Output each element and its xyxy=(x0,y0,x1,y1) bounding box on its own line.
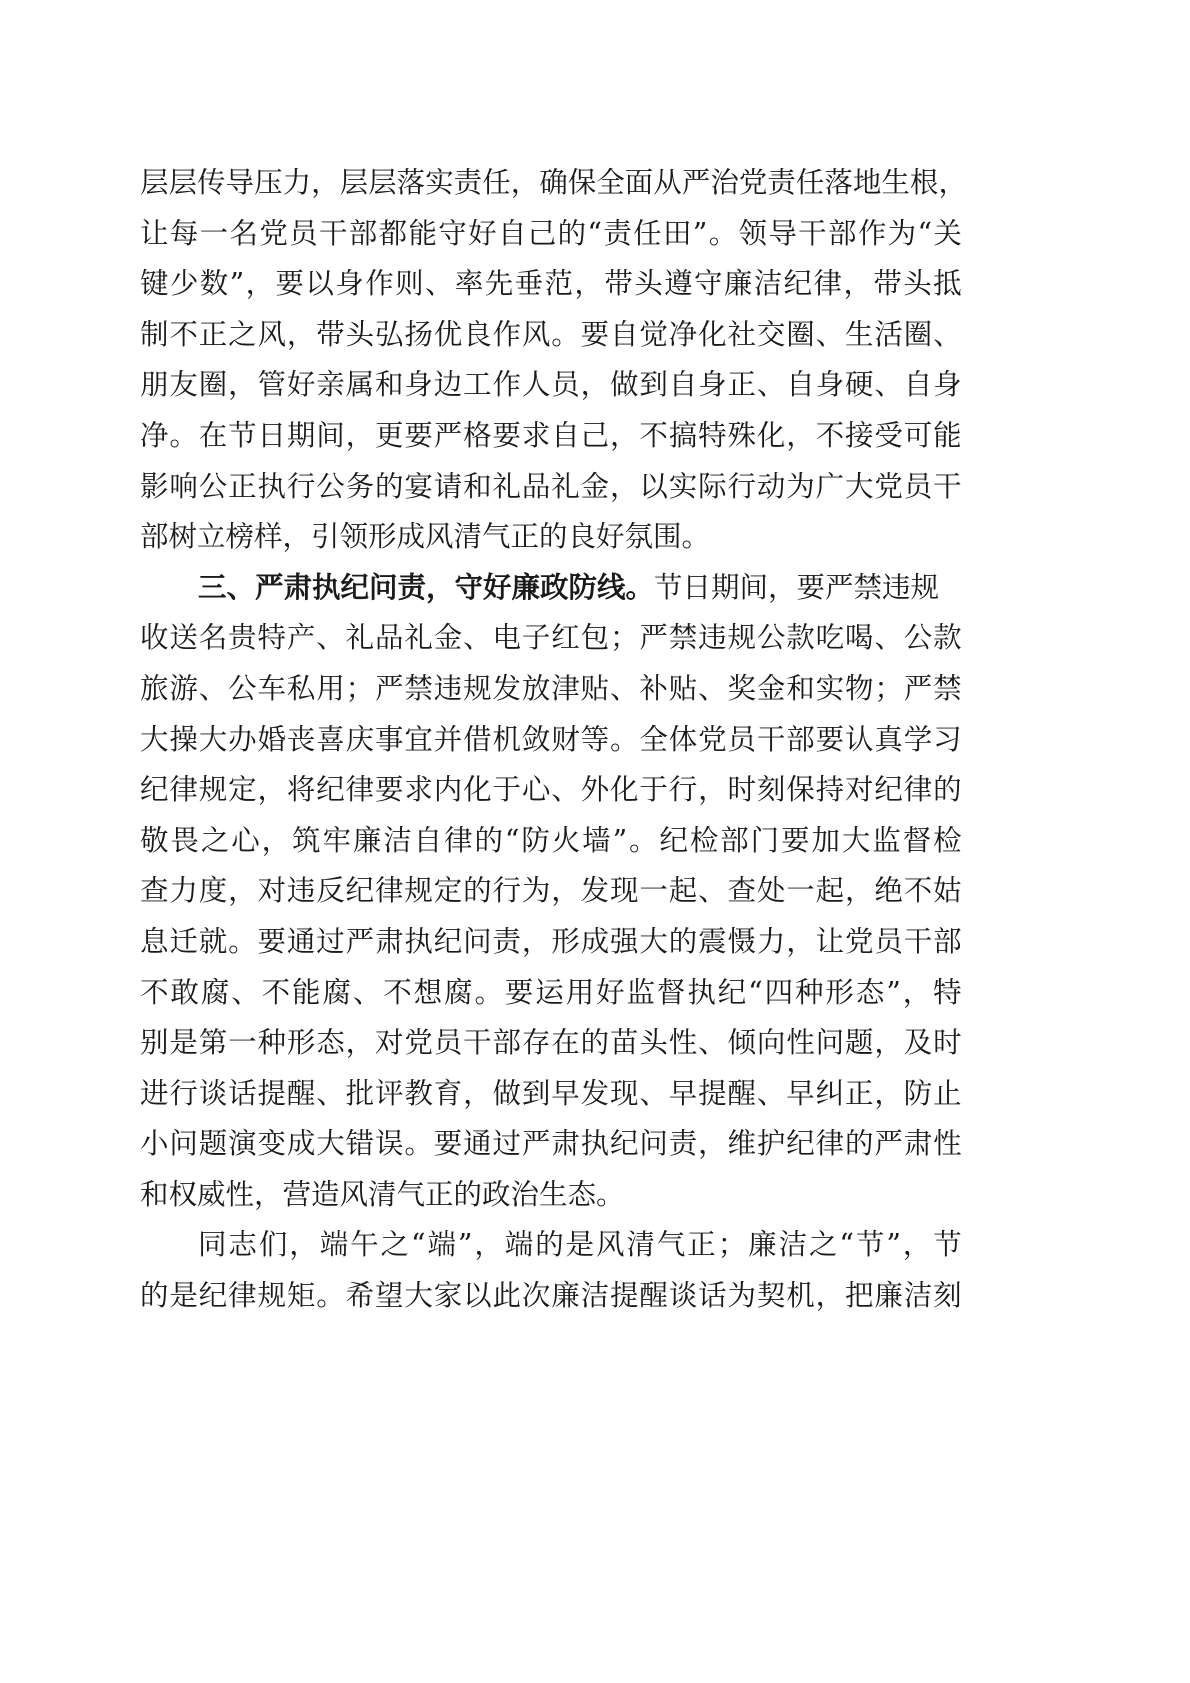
section-heading-rest: 节日期间，要严禁违规 xyxy=(654,563,939,614)
section-heading-line: 三、严肃执纪问责，守好廉政防线。 节日期间，要严禁违规 xyxy=(140,563,962,614)
text-line: 不敢腐、不能腐、不想腐。要运用好监督执纪“四种形态”，特 xyxy=(140,968,962,1019)
text-line: 制不正之风，带头弘扬优良作风。要自觉净化社交圈、生活圈、 xyxy=(140,310,962,361)
text-line: 部树立榜样，引领形成风清气正的良好氛围。 xyxy=(140,512,962,563)
text-line: 小问题演变成大错误。要通过严肃执纪问责，维护纪律的严肃性 xyxy=(140,1119,962,1170)
text-line: 影响公正执行公务的宴请和礼品礼金，以实际行动为广大党员干 xyxy=(140,462,962,513)
document-page: 层层传导压力，层层落实责任，确保全面从严治党责任落地生根， 让每一名党员干部都能… xyxy=(0,0,1190,1683)
text-line: 敬畏之心，筑牢廉洁自律的“防火墙”。纪检部门要加大监督检 xyxy=(140,816,962,867)
text-line: 旅游、公车私用；严禁违规发放津贴、补贴、奖金和实物；严禁 xyxy=(140,664,962,715)
text-line: 的是纪律规矩。希望大家以此次廉洁提醒谈话为契机，把廉洁刻 xyxy=(140,1271,962,1322)
text-line: 层层传导压力，层层落实责任，确保全面从严治党责任落地生根， xyxy=(140,158,962,209)
text-line: 收送名贵特产、礼品礼金、电子红包；严禁违规公款吃喝、公款 xyxy=(140,613,962,664)
section-heading: 三、严肃执纪问责，守好廉政防线。 xyxy=(198,563,654,614)
text-line: 让每一名党员干部都能守好自己的“责任田”。领导干部作为“关 xyxy=(140,209,962,260)
text-line: 纪律规定，将纪律要求内化于心、外化于行，时刻保持对纪律的 xyxy=(140,765,962,816)
text-line: 息迁就。要通过严肃执纪问责，形成强大的震慑力，让党员干部 xyxy=(140,917,962,968)
body-text: 层层传导压力，层层落实责任，确保全面从严治党责任落地生根， 让每一名党员干部都能… xyxy=(140,158,962,1322)
text-line: 和权威性，营造风清气正的政治生态。 xyxy=(140,1170,962,1221)
text-line: 键少数”，要以身作则、率先垂范，带头遵守廉洁纪律，带头抵 xyxy=(140,259,962,310)
text-line: 朋友圈，管好亲属和身边工作人员，做到自身正、自身硬、自身 xyxy=(140,360,962,411)
text-line: 净。在节日期间，更要严格要求自己，不搞特殊化，不接受可能 xyxy=(140,411,962,462)
text-line: 同志们，端午之“端”，端的是风清气正；廉洁之“节”，节 xyxy=(140,1220,962,1271)
text-line: 查力度，对违反纪律规定的行为，发现一起、查处一起，绝不姑 xyxy=(140,866,962,917)
text-line: 进行谈话提醒、批评教育，做到早发现、早提醒、早纠正，防止 xyxy=(140,1069,962,1120)
text-line: 别是第一种形态，对党员干部存在的苗头性、倾向性问题，及时 xyxy=(140,1018,962,1069)
text-line: 大操大办婚丧喜庆事宜并借机敛财等。全体党员干部要认真学习 xyxy=(140,715,962,766)
